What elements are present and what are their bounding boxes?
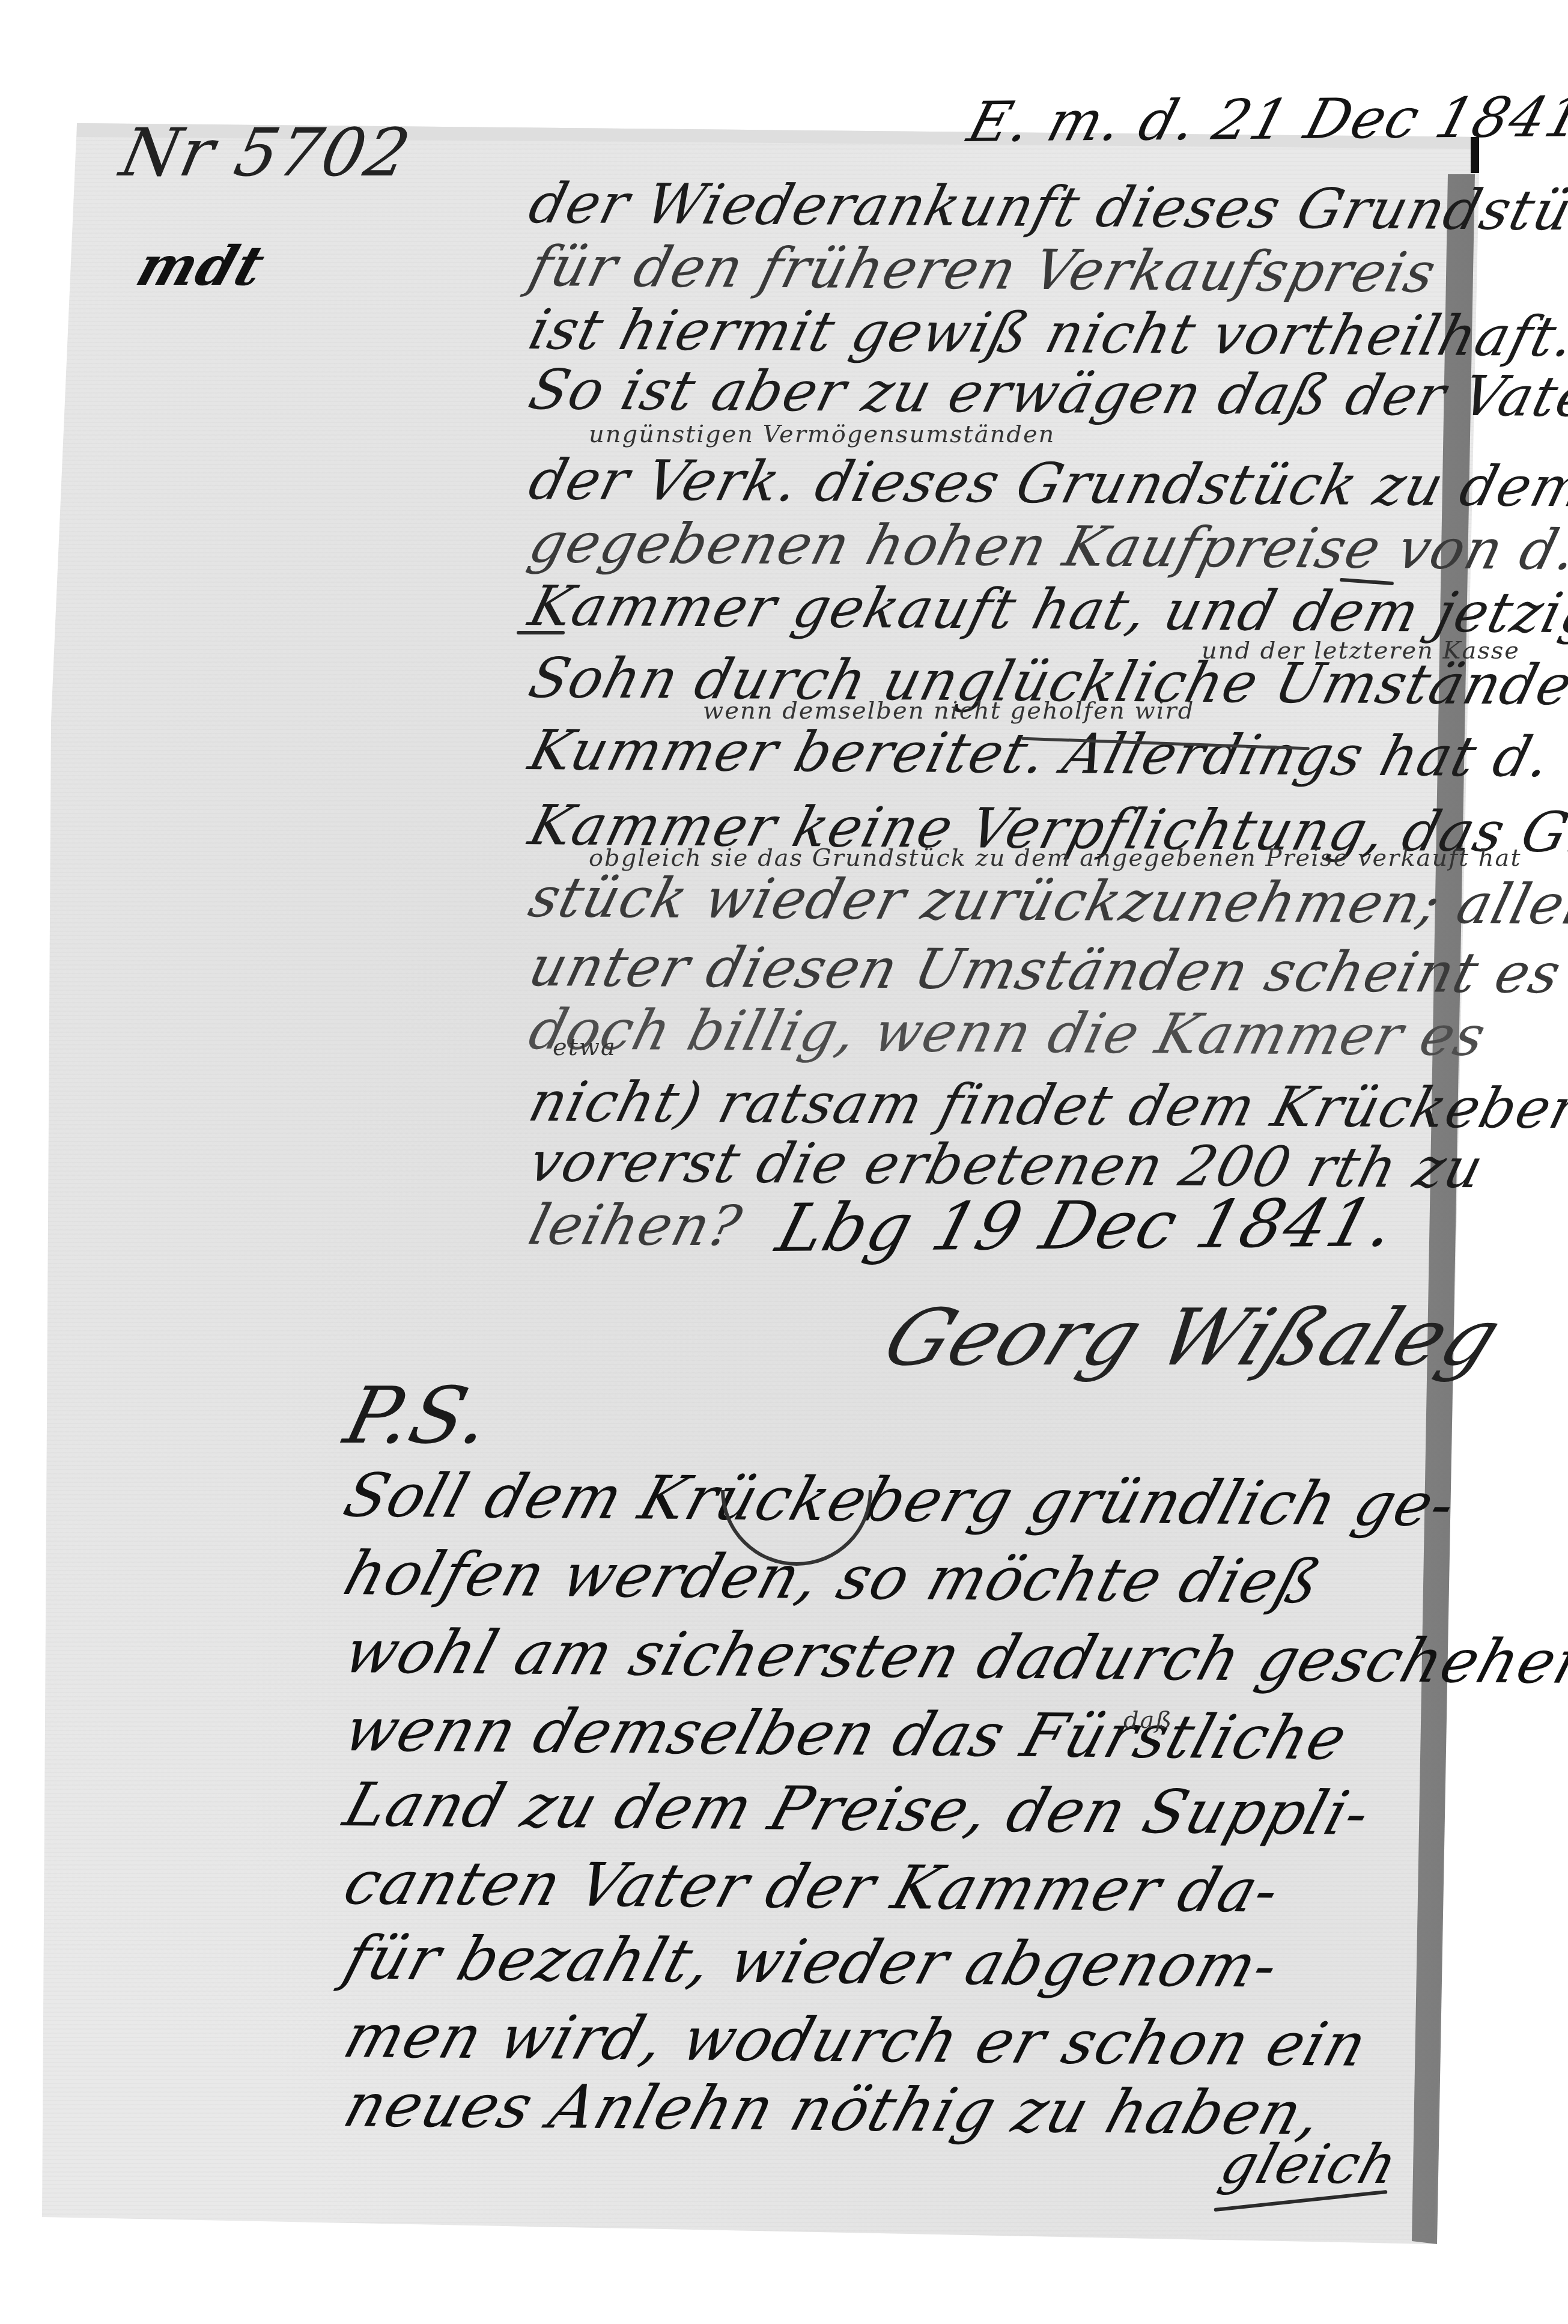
postscript-line: men wird, wodurch er schon ein <box>336 2001 1376 2080</box>
interlinear-insertion: daß <box>1123 1706 1173 1734</box>
body-line: der Verk. dieses Grundstück zu dem an- <box>523 448 1568 520</box>
receipt-date-header: E. m. d. 21 Dec 1841 <box>961 85 1568 154</box>
postscript-line: Land zu dem Preise, den Suppli- <box>336 1769 1379 1849</box>
scanned-page: Nr 5702 mdt E. m. d. 21 Dec 1841 der Wie… <box>0 0 1568 2324</box>
interlinear-insertion: etwa <box>553 1033 616 1061</box>
interlinear-insertion: ungünstigen Vermögensumständen <box>589 421 1055 448</box>
postscript-line: holfen werden, so möchte dieß <box>336 1538 1329 1617</box>
body-line: doch billig, wenn die Kammer es <box>523 997 1493 1068</box>
underline <box>517 631 565 634</box>
body-line: Kammer gekauft hat, und dem jetzigen <box>523 574 1568 646</box>
closing-word: gleich <box>1214 2133 1405 2196</box>
body-line: stück wieder zurückzunehmen; allein <box>523 865 1568 937</box>
reference-number: Nr 5702 <box>114 114 418 191</box>
body-line: So ist aber zu erwägen daß der Vater <box>523 357 1568 430</box>
body-line: gegebenen hohen Kaufpreise von d. <box>523 511 1568 582</box>
margin-note: mdt <box>129 234 273 298</box>
postscript-line: wenn demselben das Fürstliche <box>336 1694 1356 1774</box>
postscript-line: neues Anlehn nöthig zu haben, <box>336 2070 1331 2149</box>
place-date: Lbg 19 Dec 1841. <box>769 1184 1405 1267</box>
postscript-line: wohl am sichersten dadurch geschehen, <box>336 1616 1568 1697</box>
body-line: leihen? <box>523 1193 749 1258</box>
signature: Georg Wißaleg <box>871 1292 1515 1383</box>
postscript-line: für bezahlt, wieder abgenom- <box>336 1923 1287 2001</box>
postscript-line: canten Vater der Kammer da- <box>336 1848 1289 1926</box>
body-line: Kummer bereitet. Allerdings hat d. <box>523 718 1558 789</box>
body-line: unter diesen Umständen scheint es mir <box>523 934 1568 1006</box>
postscript-line: Soll dem Krückeberg gründlich ge- <box>336 1460 1464 1540</box>
body-line: für den früheren Verkaufspreis <box>523 234 1444 305</box>
body-line: der Wiederankunft dieses Grundstückes <box>523 171 1568 244</box>
postscript-mark: P.S. <box>336 1370 501 1461</box>
